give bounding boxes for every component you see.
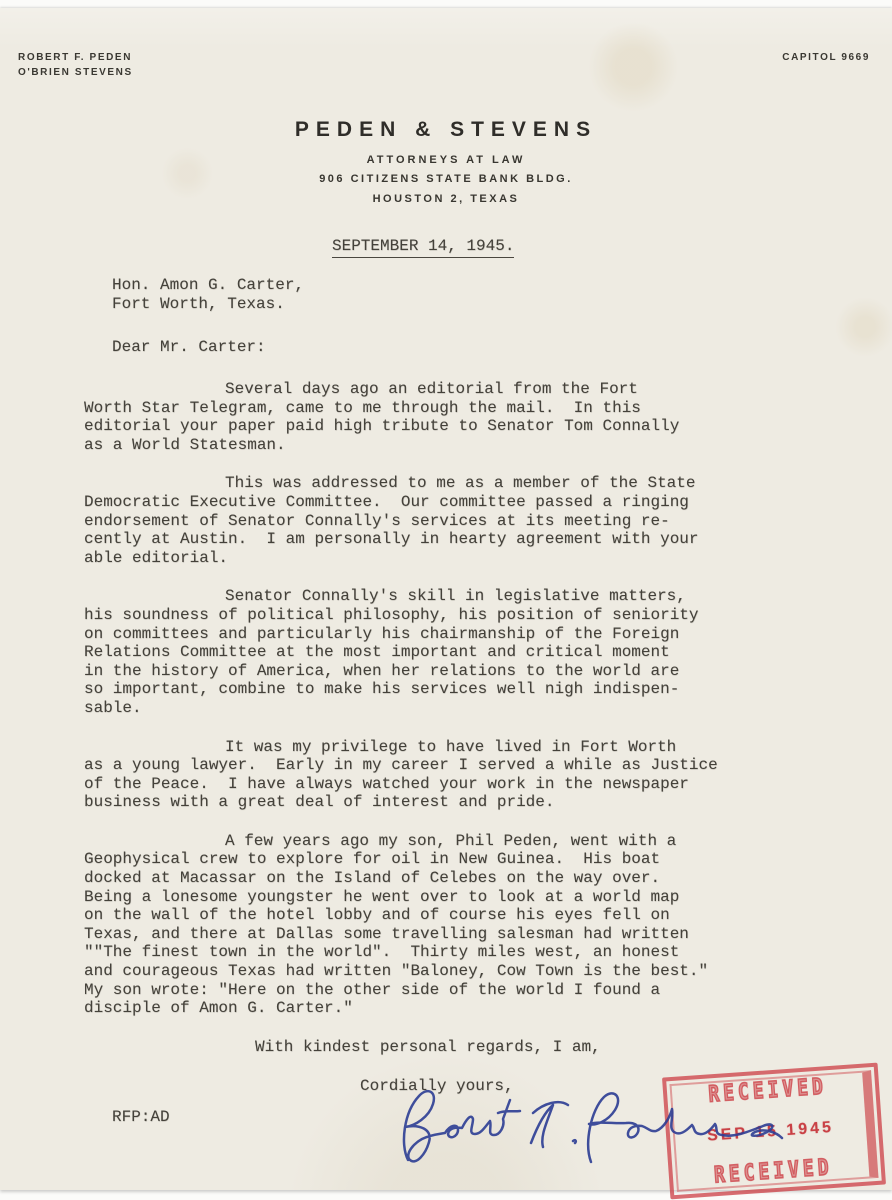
salutation: Dear Mr. Carter: — [112, 338, 266, 357]
typist-initials: RFP:AD — [112, 1108, 170, 1127]
attorney-name-2: O'BRIEN STEVENS — [18, 65, 133, 80]
firm-name: PEDEN & STEVENS — [0, 118, 892, 142]
letterhead-center-block: PEDEN & STEVENS ATTORNEYS AT LAW 906 CIT… — [0, 118, 892, 205]
firm-city: HOUSTON 2, TEXAS — [0, 193, 892, 205]
letterhead-attorney-names: ROBERT F. PEDEN O'BRIEN STEVENS — [18, 50, 133, 80]
paragraph-4: It was my privilege to have lived in For… — [84, 738, 844, 812]
scanned-letter-page: ROBERT F. PEDEN O'BRIEN STEVENS CAPITOL … — [0, 8, 892, 1190]
paragraph-1: Several days ago an editorial from the F… — [84, 380, 844, 454]
letterhead-phone: CAPITOL 9669 — [782, 52, 870, 63]
paragraph-3: Senator Connally's skill in legislative … — [84, 587, 844, 717]
firm-address: 906 CITIZENS STATE BANK BLDG. — [0, 173, 892, 185]
closing-regards: With kindest personal regards, I am, — [255, 1038, 844, 1057]
handwritten-signature — [392, 1080, 788, 1176]
letter-body: Several days ago an editorial from the F… — [84, 380, 844, 1096]
paragraph-5: A few years ago my son, Phil Peden, went… — [84, 832, 844, 1018]
firm-subtitle: ATTORNEYS AT LAW — [0, 154, 892, 166]
recipient-address: Hon. Amon G. Carter, Fort Worth, Texas. — [112, 276, 304, 313]
attorney-name-1: ROBERT F. PEDEN — [18, 50, 133, 65]
date-line: SEPTEMBER 14, 1945. — [332, 237, 514, 258]
paragraph-2: This was addressed to me as a member of … — [84, 474, 844, 567]
